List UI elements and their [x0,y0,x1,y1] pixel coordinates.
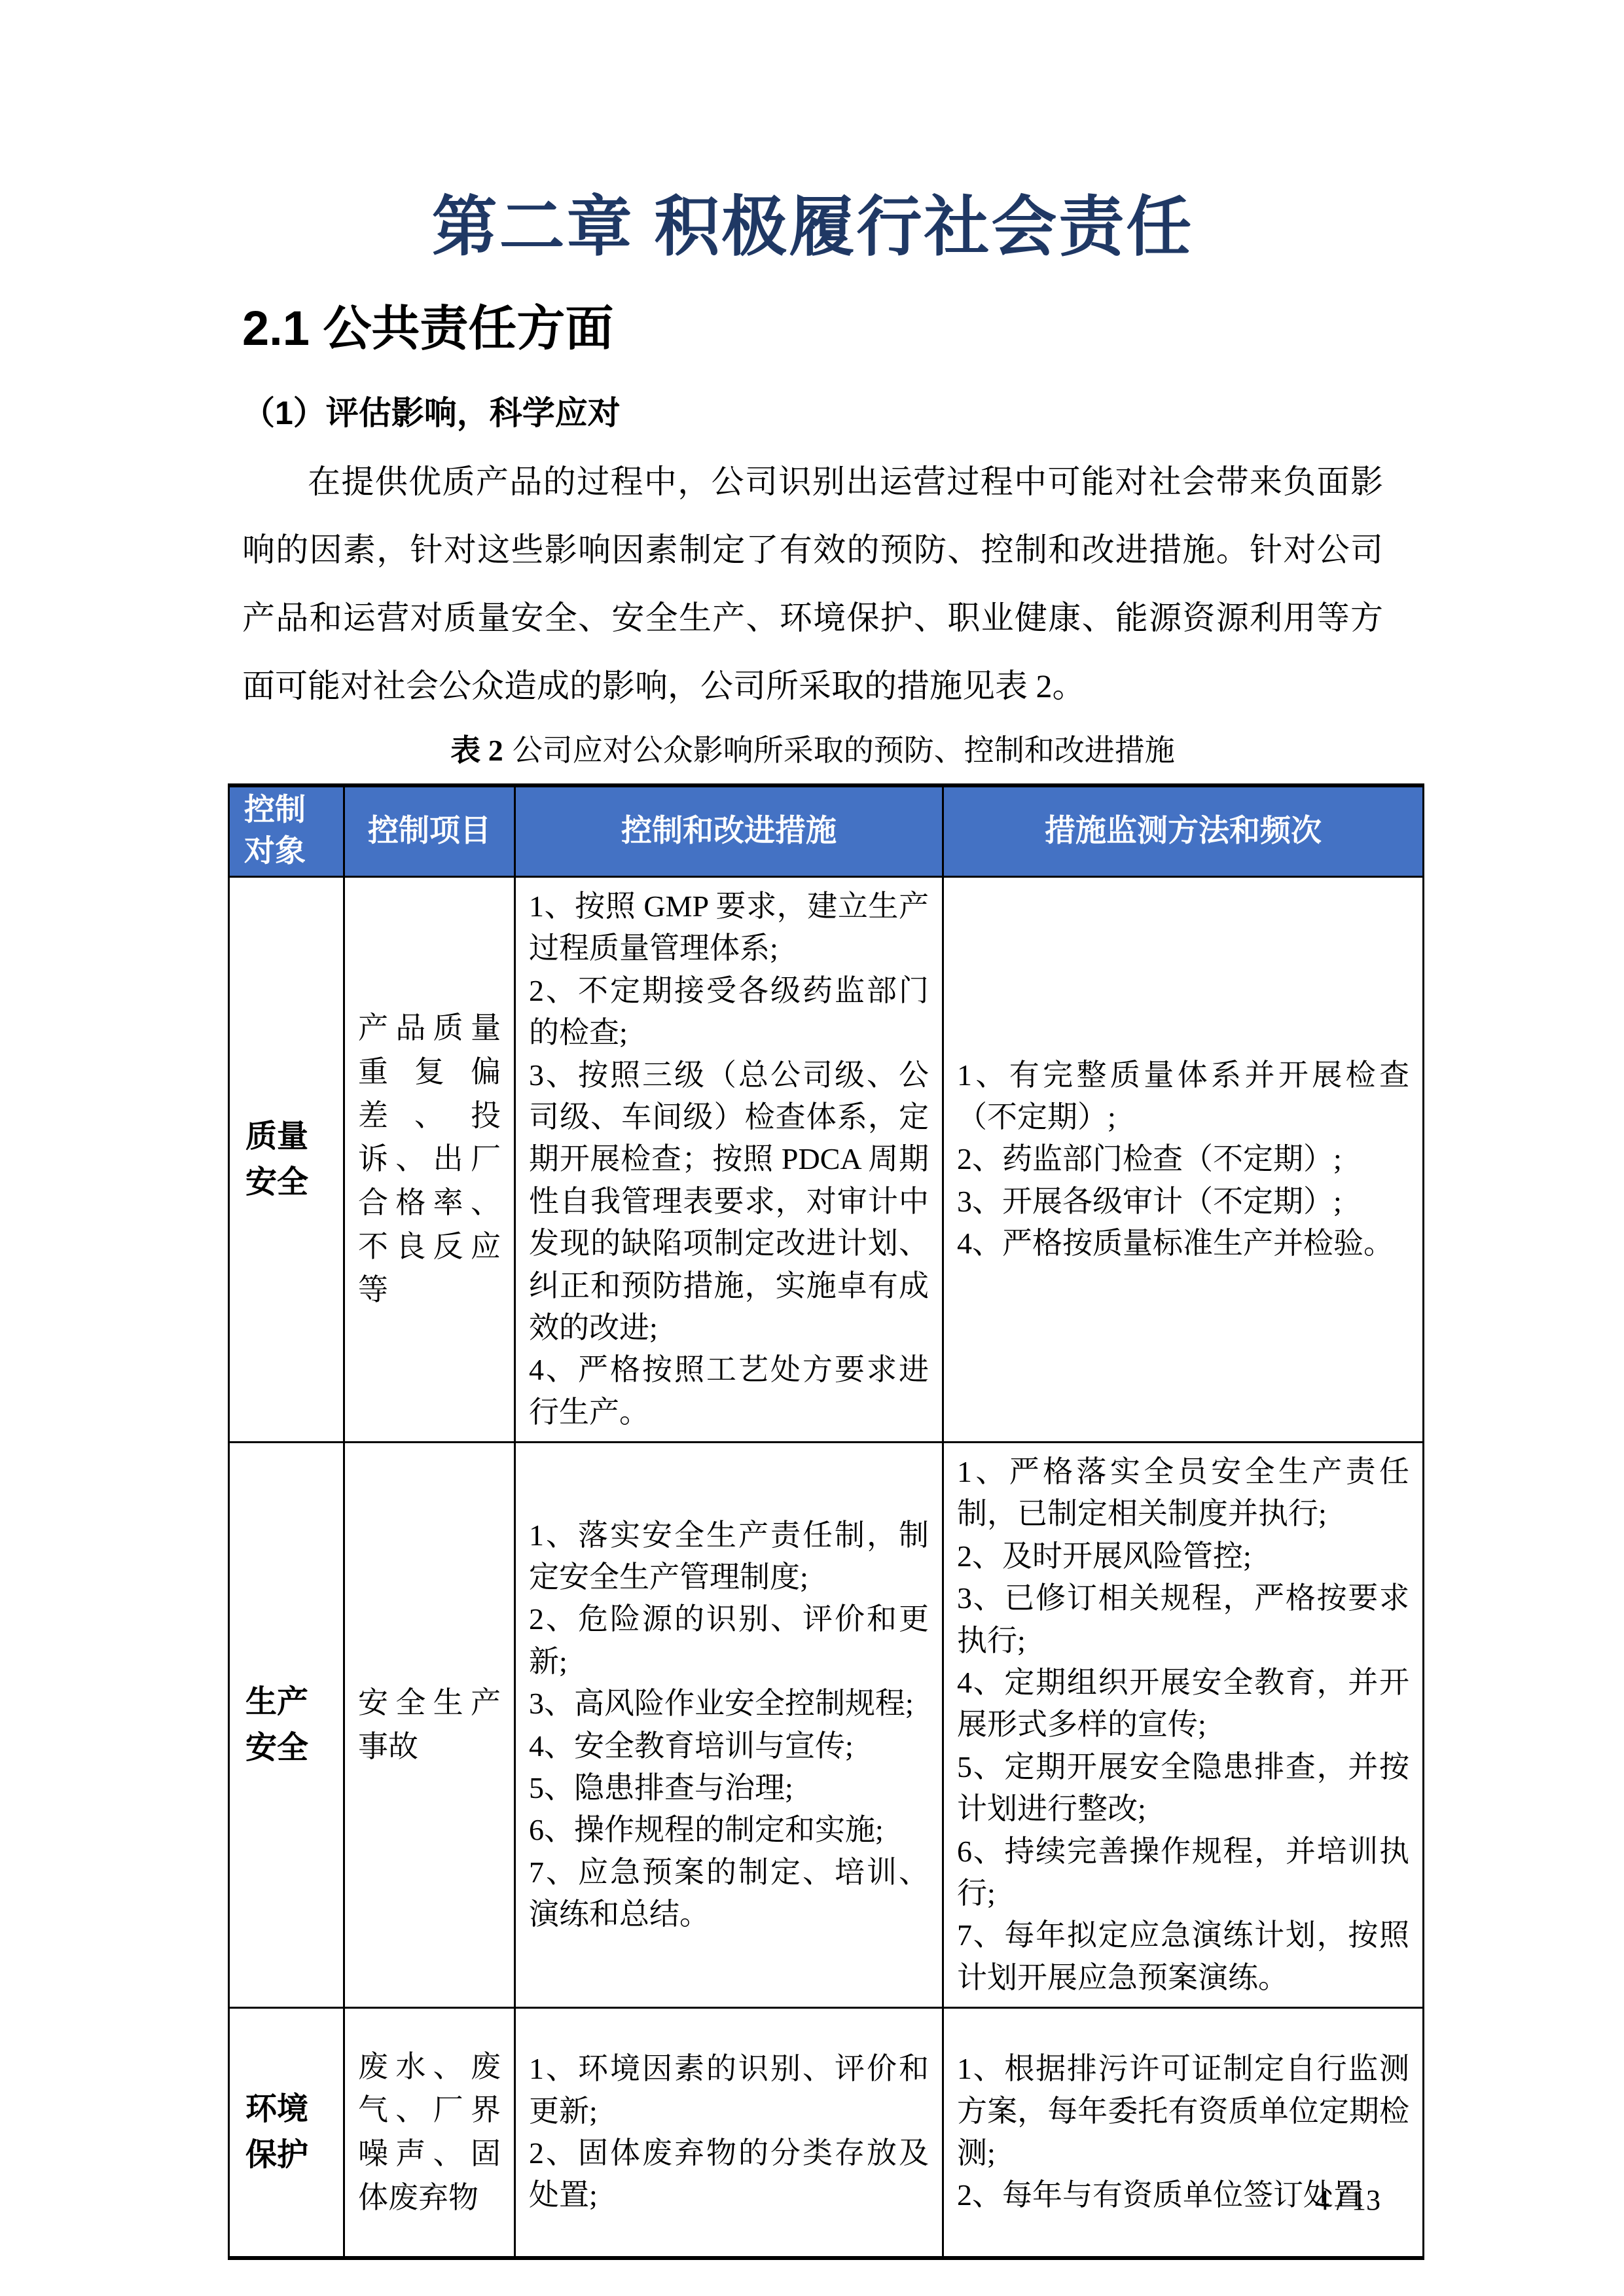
cell-environment-object: 环境 保护 [229,2008,344,2258]
cell-quality-item: 产品质量重复偏差、投诉、出厂合格率、不良反应等 [344,877,515,1443]
cell-production-monitoring: 1、严格落实全员安全生产责任制，已制定相关制度并执行; 2、及时开展风险管控; … [943,1443,1424,2008]
public-impact-measures-table: 控制对象 控制项目 控制和改进措施 措施监测方法和频次 质量 安全 产品质量重复… [228,783,1424,2260]
table-row-quality-safety: 质量 安全 产品质量重复偏差、投诉、出厂合格率、不良反应等 1、按照 GMP 要… [229,877,1424,1443]
header-cell-monitoring: 措施监测方法和频次 [943,785,1424,877]
cell-quality-monitoring: 1、有完整质量体系并开展检查（不定期）; 2、药监部门检查（不定期）; 3、开展… [943,877,1424,1443]
cell-production-item: 安全生产事故 [344,1443,515,2008]
table-caption-label: 表 2 [450,734,503,767]
body-paragraph: 在提供优质产品的过程中，公司识别出运营过程中可能对社会带来负面影响的因素，针对这… [242,448,1383,720]
header-cell-control-object: 控制对象 [229,785,344,877]
cell-environment-item: 废水、废气、厂界噪声、固体废弃物 [344,2008,515,2258]
header-cell-control-item: 控制项目 [344,785,515,877]
cell-quality-measures: 1、按照 GMP 要求，建立生产过程质量管理体系; 2、不定期接受各级药监部门的… [515,877,943,1443]
section-heading: 2.1 公共责任方面 [242,298,1383,359]
chapter-title: 第二章 积极履行社会责任 [242,185,1383,270]
cell-production-object: 生产 安全 [229,1443,344,2008]
cell-production-measures: 1、落实安全生产责任制，制定安全生产管理制度; 2、危险源的识别、评价和更新; … [515,1443,943,2008]
table-caption-text: 公司应对公众影响所采取的预防、控制和改进措施 [513,734,1175,767]
cell-environment-measures: 1、环境因素的识别、评价和更新; 2、固体废弃物的分类存放及处置; [515,2008,943,2258]
cell-environment-monitoring: 1、根据排污许可证制定自行监测方案，每年委托有资质单位定期检测; 2、每年与有资… [943,2008,1424,2258]
table-row-production-safety: 生产 安全 安全生产事故 1、落实安全生产责任制，制定安全生产管理制度; 2、危… [229,1443,1424,2008]
table-header-row: 控制对象 控制项目 控制和改进措施 措施监测方法和频次 [229,785,1424,877]
header-cell-measures: 控制和改进措施 [515,785,943,877]
page-number: 4 / 13 [1315,2183,1380,2217]
document-page: 第二章 积极履行社会责任 2.1 公共责任方面 （1）评估影响，科学应对 在提供… [0,0,1624,2296]
table-caption: 表 2公司应对公众影响所采取的预防、控制和改进措施 [242,728,1383,773]
table-row-environment-protection: 环境 保护 废水、废气、厂界噪声、固体废弃物 1、环境因素的识别、评价和更新; … [229,2008,1424,2258]
cell-quality-object: 质量 安全 [229,877,344,1443]
sub-heading: （1）评估影响，科学应对 [242,392,1383,435]
